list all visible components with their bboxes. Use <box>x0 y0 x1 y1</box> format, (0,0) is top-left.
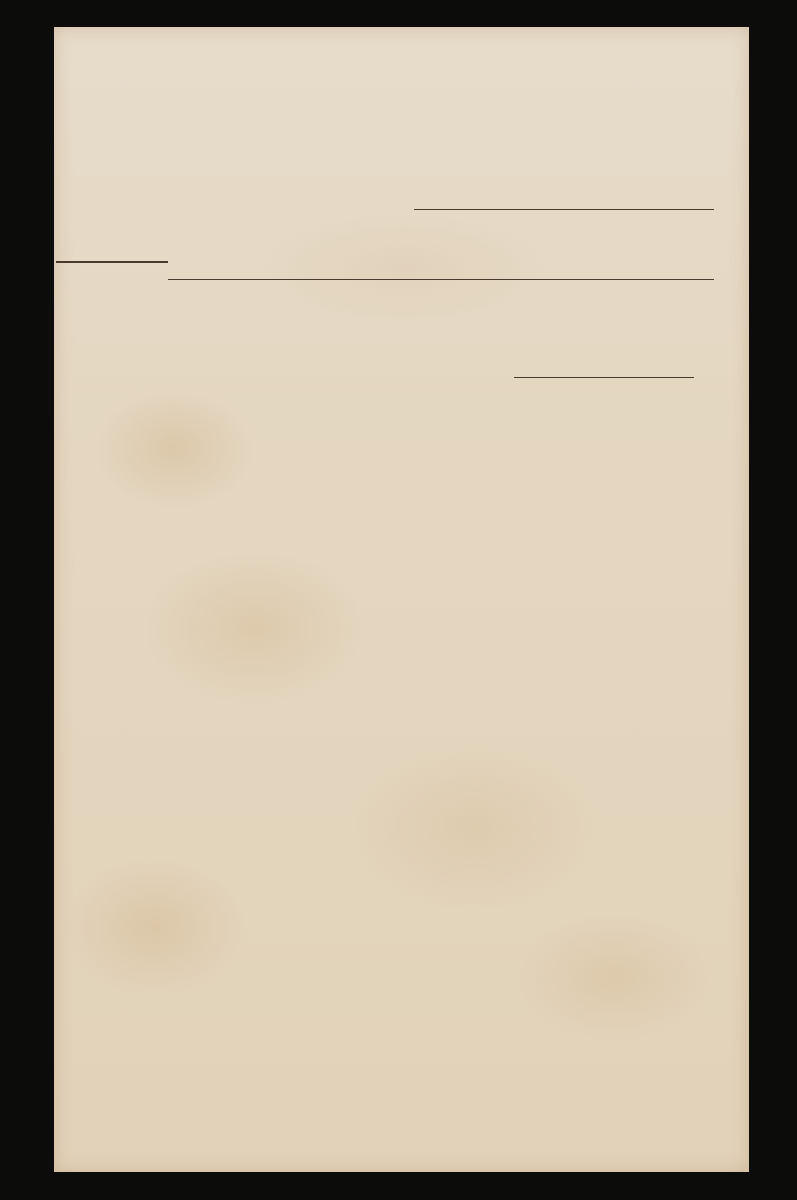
fill-line <box>414 209 714 210</box>
margin-sum-underline <box>56 261 168 263</box>
bond-document-page <box>54 27 749 1172</box>
fill-line <box>514 377 694 378</box>
fill-line <box>168 279 714 280</box>
